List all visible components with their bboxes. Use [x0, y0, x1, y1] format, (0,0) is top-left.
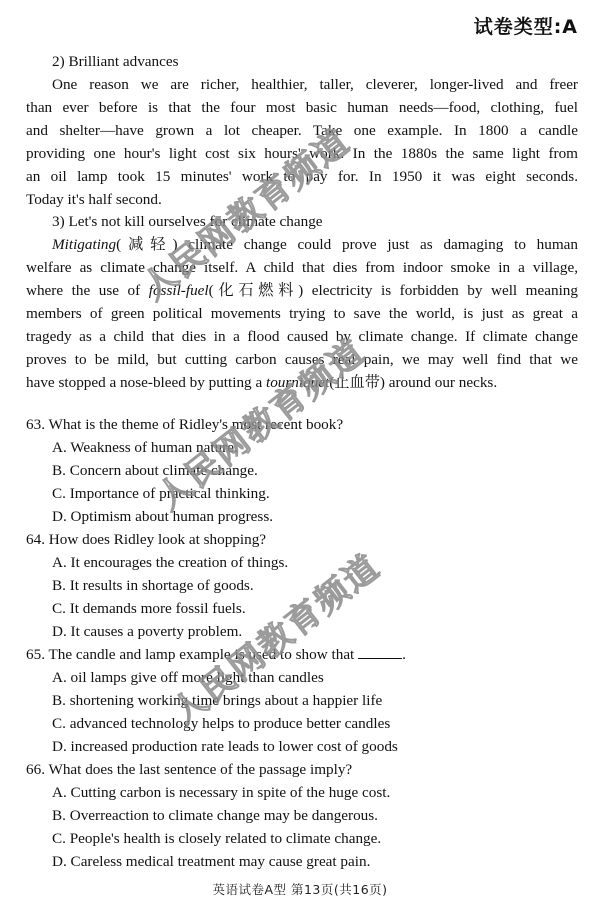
term-mitigating: Mitigating	[52, 236, 116, 253]
page-footer: 英语试卷A型 第13页(共16页)	[0, 880, 600, 898]
passage-line: welfare as climate change itself. A chil…	[26, 256, 578, 279]
question-66-option-b: B. Overreaction to climate change may be…	[52, 804, 600, 827]
passage-line: members of green political movements try…	[26, 302, 578, 325]
question-66-stem: 66. What does the last sentence of the p…	[26, 758, 578, 781]
passage-line: where the use of fossil-fuel(化石燃料) elect…	[26, 279, 578, 302]
passage-line: Today it's half second.	[26, 188, 578, 211]
exam-type-label: 试卷类型:A	[474, 12, 578, 39]
stem-end: .	[402, 646, 406, 663]
question-65-stem-text: 65. The candle and lamp example is used …	[26, 646, 354, 663]
term-fossil-fuel: fossil-fuel	[149, 282, 209, 299]
question-63-option-a: A. Weakness of human nature.	[52, 436, 600, 459]
question-65-option-a: A. oil lamps give off more light than ca…	[52, 666, 600, 689]
text: where the use of	[26, 282, 149, 299]
section-3-heading: 3) Let's not kill ourselves for climate …	[52, 210, 578, 233]
question-63-option-c: C. Importance of practical thinking.	[52, 482, 600, 505]
text: electricity is forbidden by well meaning	[303, 282, 578, 299]
question-65-option-b: B. shortening working time brings about …	[52, 689, 600, 712]
question-64-option-b: B. It results in shortage of goods.	[52, 574, 600, 597]
passage-line: tragedy as a child that dies in a flood …	[26, 325, 578, 348]
question-63-stem: 63. What is the theme of Ridley's most r…	[26, 413, 578, 436]
text: around our necks.	[385, 374, 497, 391]
question-63-option-b: B. Concern about climate change.	[52, 459, 600, 482]
term-tourniquet: tourniquet	[266, 374, 329, 391]
question-65-option-d: D. increased production rate leads to lo…	[52, 735, 600, 758]
passage-line: an oil lamp took 15 minutes' work to pay…	[26, 165, 578, 188]
question-63-option-d: D. Optimism about human progress.	[52, 505, 600, 528]
question-66-option-c: C. People's health is closely related to…	[52, 827, 600, 850]
gloss: (止血带)	[329, 374, 385, 391]
question-65-stem: 65. The candle and lamp example is used …	[26, 643, 578, 666]
passage-line: than ever before is that the four most b…	[26, 96, 578, 119]
answer-blank	[358, 644, 402, 659]
question-66-option-d: D. Careless medical treatment may cause …	[52, 850, 600, 873]
passage-line: have stopped a nose-bleed by putting a t…	[26, 371, 578, 394]
gloss: (化石燃料)	[209, 282, 304, 299]
question-64-option-a: A. It encourages the creation of things.	[52, 551, 600, 574]
passage-line: providing one hour's light cost six hour…	[26, 142, 578, 165]
exam-page: 试卷类型:A 2) Brilliant advances One reason …	[0, 0, 600, 912]
question-64-option-c: C. It demands more fossil fuels.	[52, 597, 600, 620]
question-66-option-a: A. Cutting carbon is necessary in spite …	[52, 781, 600, 804]
question-64-stem: 64. How does Ridley look at shopping?	[26, 528, 578, 551]
text: climate change could prove just as damag…	[178, 236, 579, 253]
passage-line: One reason we are richer, healthier, tal…	[52, 73, 578, 96]
section-2-heading: 2) Brilliant advances	[52, 50, 578, 73]
passage-line: Mitigating(减轻) climate change could prov…	[52, 233, 578, 256]
question-64-option-d: D. It causes a poverty problem.	[52, 620, 600, 643]
passage-line: proves to be mild, but cutting carbon ca…	[26, 348, 578, 371]
text: have stopped a nose-bleed by putting a	[26, 374, 266, 391]
passage-line: and shelter—have grown a lot cheaper. Ta…	[26, 119, 578, 142]
gloss: (减轻)	[116, 236, 177, 253]
question-65-option-c: C. advanced technology helps to produce …	[52, 712, 600, 735]
